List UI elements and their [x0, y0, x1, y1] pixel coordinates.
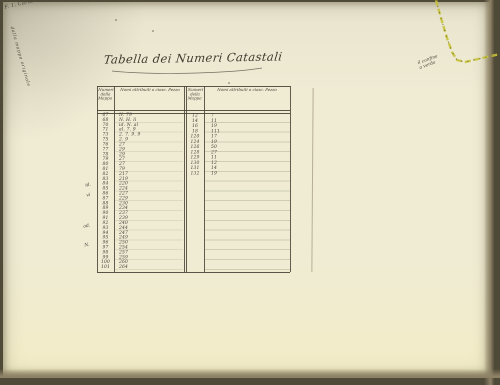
table-cell: 101: [97, 265, 114, 270]
cadastral-table: Numeri della Mappa Nomi attribuiti a cia…: [97, 86, 290, 272]
table-row: 101264: [97, 265, 183, 270]
table-border-bottom: [97, 272, 290, 273]
margin-mark: ad.: [83, 223, 91, 229]
table-cell: 132: [186, 171, 204, 176]
table-row: 13219: [186, 171, 290, 176]
header-numeri-mappa-right: Numeri della Mappa: [185, 88, 204, 101]
scanned-document-page: { "document": { "title": "Tabella dei Nu…: [0, 0, 500, 385]
table-border-right: [290, 86, 291, 272]
header-rule-1: [97, 110, 290, 111]
margin-mark: vi: [86, 192, 91, 198]
right-rows: 1271411161918111120171241912650128271291…: [186, 113, 290, 177]
margin-mark: N.: [84, 242, 90, 248]
ink-speck: [152, 30, 154, 32]
table-cell: 19: [204, 171, 217, 176]
table-cell: 264: [114, 265, 128, 270]
ink-speck: [115, 19, 117, 21]
header-nomi-right: Nomi attribuiti a ciasc. Pezzo: [206, 88, 288, 92]
ink-speck: [228, 82, 230, 84]
header-numeri-mappa-left: Numeri della Mappa: [96, 88, 114, 101]
group-divider-a: [184, 86, 185, 272]
table-header: Numeri della Mappa Nomi attribuiti a cia…: [97, 87, 290, 110]
left-rows: 67N. 7968N. H. li70id. N. al71al. 7. 973…: [97, 113, 183, 270]
margin-mark: id.: [85, 182, 91, 188]
header-nomi-left: Nomi attribuiti a ciasc. Pezzo: [117, 88, 183, 92]
content-layer: F. 1. Carta dalla mappa originale il con…: [0, 0, 500, 385]
